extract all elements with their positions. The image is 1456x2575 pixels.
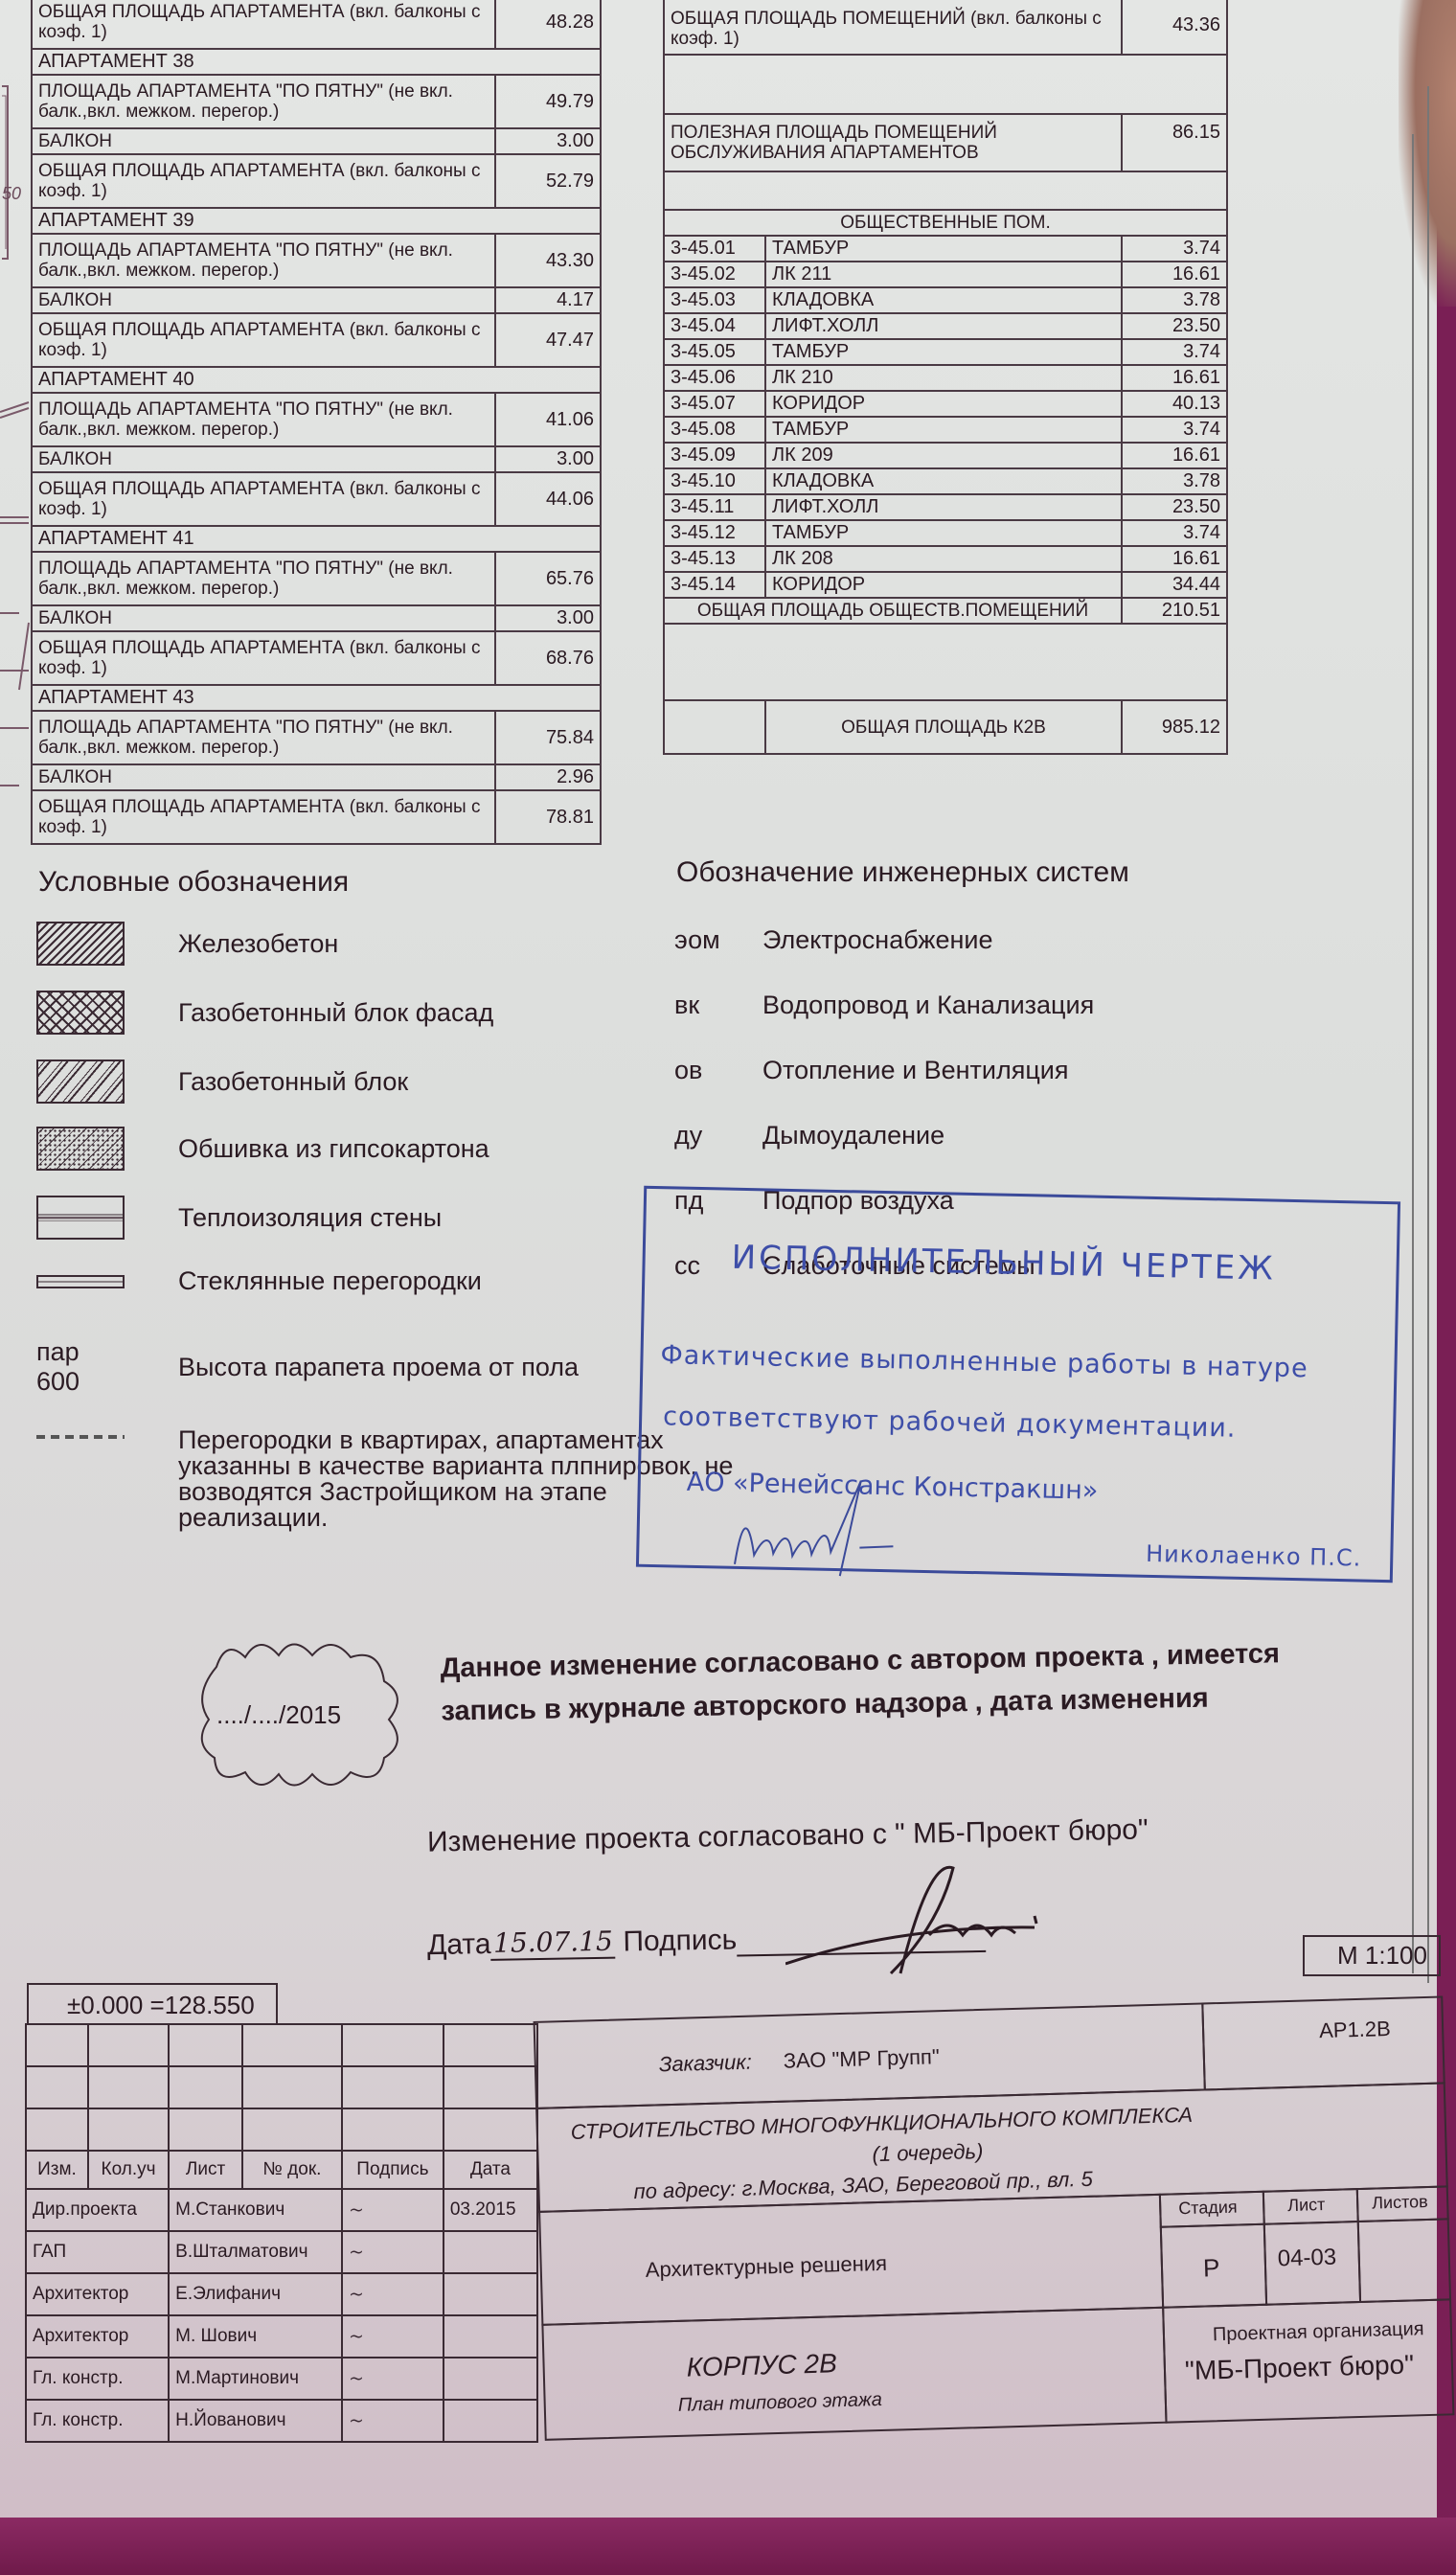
building-name: КОРПУС 2В [686, 2348, 837, 2382]
building-total-value: 985.12 [1122, 700, 1227, 754]
stamp-signer: Николаенко П.С. [1146, 1540, 1362, 1572]
apartment-header-row: АПАРТАМЕНТ 38 [32, 49, 601, 75]
signature-cell: ~ [342, 2315, 444, 2358]
legend-item-parapet: пар 600 Высота парапета проема от пола [36, 1337, 579, 1397]
table-row: ОБЩАЯ ПЛОЩАДЬ АПАРТАМЕНТА (вкл. балконы … [32, 0, 601, 49]
staff-row: Гл. констр. М.Мартинович ~ [26, 2358, 537, 2400]
sheet-value: 04-03 [1277, 2245, 1336, 2273]
sheet-label: Лист [1287, 2195, 1326, 2216]
useful-area-label: ПОЛЕЗНАЯ ПЛОЩАДЬ ПОМЕЩЕНИЙ ОБСЛУЖИВАНИЯ … [664, 114, 1122, 171]
glass-partition-icon [36, 1275, 125, 1288]
level-mark: ±0.000 =128.550 [27, 1983, 278, 2025]
scale-label: М 1:100 [1303, 1935, 1441, 1976]
table-row: ПЛОЩАДЬ АПАРТАМЕНТА "ПО ПЯТНУ" (не вкл. … [32, 711, 601, 764]
stage-value: Р [1203, 2253, 1220, 2283]
table-row: БАЛКОН4.17 [32, 287, 601, 313]
table-row: 3-45.07КОРИДОР40.13 [664, 391, 1227, 417]
revision-header-row: Изм.Кол.учЛист№ док.ПодписьДата [26, 2151, 537, 2189]
table-row-blank [664, 624, 1227, 700]
public-total-value: 210.51 [1122, 598, 1227, 624]
frame-border-outer [1412, 134, 1414, 1973]
table-row: ОБЩАЯ ПЛОЩАДЬ ПОМЕЩЕНИЙ (вкл. балконы с … [664, 0, 1227, 55]
parapet-symbol: пар 600 [36, 1337, 125, 1397]
table-row: ПОЛЕЗНАЯ ПЛОЩАДЬ ПОМЕЩЕНИЙ ОБСЛУЖИВАНИЯ … [664, 114, 1227, 171]
sheets-label: Листов [1372, 2192, 1428, 2214]
hatch-drywall-icon [36, 1127, 125, 1171]
legend-item-drywall: Обшивка из гипсокартона [36, 1127, 489, 1171]
apartment-header-row: АПАРТАМЕНТ 40 [32, 367, 601, 393]
table-row: БАЛКОН3.00 [32, 446, 601, 472]
table-row: ОБЩАЯ ПЛОЩАДЬ К2В 985.12 [664, 700, 1227, 754]
useful-area-value: 86.15 [1122, 114, 1227, 171]
table-row-blank [664, 171, 1227, 210]
hatch-crosshatch-icon [36, 991, 125, 1035]
stamp-line-2: соответствуют рабочей документации. [663, 1401, 1237, 1444]
premises-total-label: ОБЩАЯ ПЛОЩАДЬ ПОМЕЩЕНИЙ (вкл. балконы с … [664, 0, 1122, 55]
legend-item-aerated-block-facade: Газобетонный блок фасад [36, 991, 493, 1035]
staff-row: Архитектор М. Шович ~ [26, 2315, 537, 2358]
staff-row: Дир.проекта М.Станкович ~ 03.2015 [26, 2189, 537, 2231]
signature-cell: ~ [342, 2231, 444, 2273]
dimension-fragment: 50 [2, 184, 21, 204]
public-rooms-header: ОБЩЕСТВЕННЫЕ ПОМ. [664, 210, 1227, 236]
revision-note: Данное изменение согласовано с автором п… [440, 1632, 1281, 1733]
table-row: БАЛКОН3.00 [32, 605, 601, 631]
table-row: ОБЩАЯ ПЛОЩАДЬ АПАРТАМЕНТА (вкл. балконы … [32, 154, 601, 208]
hatch-aerated-block-icon [36, 1060, 125, 1104]
signature-cell: ~ [342, 2400, 444, 2442]
table-row: БАЛКОН3.00 [32, 128, 601, 154]
background-floor [0, 2518, 1456, 2575]
legend-item-reinforced-concrete: Железобетон [36, 922, 338, 966]
signature-cell: ~ [342, 2358, 444, 2400]
table-row: 3-45.12ТАМБУР3.74 [664, 520, 1227, 546]
legend-item-glass-partition: Стеклянные перегородки [36, 1266, 482, 1296]
systems-title: Обозначение инженерных систем [676, 856, 1129, 889]
insulation-strip-icon [36, 1196, 125, 1240]
table-row: ОБЩАЯ ПЛОЩАДЬ ОБЩЕСТВ.ПОМЕЩЕНИЙ 210.51 [664, 598, 1227, 624]
staff-row: ГАП В.Шталматович ~ [26, 2231, 537, 2273]
table-row: ОБЩАЯ ПЛОЩАДЬ АПАРТАМЕНТА (вкл. балконы … [32, 631, 601, 685]
system-item: вкВодопровод и Канализация [671, 991, 1094, 1020]
table-row: 3-45.05ТАМБУР3.74 [664, 339, 1227, 365]
apartment-header-row: АПАРТАМЕНТ 39 [32, 208, 601, 234]
apartment-header-row: АПАРТАМЕНТ 43 [32, 685, 601, 711]
drawing-code: АР1.2В [1319, 2017, 1391, 2043]
project-phase: (1 очередь) [872, 2139, 984, 2167]
table-row: 3-45.04ЛИФТ.ХОЛЛ23.50 [664, 313, 1227, 339]
table-row: 3-45.10КЛАДОВКА3.78 [664, 468, 1227, 494]
premises-total-value: 43.36 [1122, 0, 1227, 55]
table-row: ОБЩЕСТВЕННЫЕ ПОМ. [664, 210, 1227, 236]
signature-cell: ~ [342, 2189, 444, 2231]
legend-title: Условные обозначения [38, 866, 349, 899]
table-row: 3-45.01ТАМБУР3.74 [664, 236, 1227, 262]
staff-row: Архитектор Е.Элифанич ~ [26, 2273, 537, 2315]
stamp-signature-icon [716, 1439, 948, 1587]
table-row: 3-45.09ЛК 20916.61 [664, 443, 1227, 468]
stage-label: Стадия [1178, 2198, 1238, 2220]
apartment-header-row: АПАРТАМЕНТ 41 [32, 526, 601, 552]
system-item: овОтопление и Вентиляция [671, 1056, 1069, 1085]
as-built-stamp: ИСПОЛНИТЕЛЬНЫЙ ЧЕРТЕЖ Фактические выполн… [636, 1186, 1400, 1583]
table-row: ОБЩАЯ ПЛОЩАДЬ АПАРТАМЕНТА (вкл. балконы … [32, 472, 601, 526]
staff-row: Гл. констр. Н.Йованович ~ [26, 2400, 537, 2442]
table-row: ПЛОЩАДЬ АПАРТАМЕНТА "ПО ПЯТНУ" (не вкл. … [32, 393, 601, 446]
table-row: 3-45.11ЛИФТ.ХОЛЛ23.50 [664, 494, 1227, 520]
premises-area-table: ОБЩАЯ ПЛОЩАДЬ ПОМЕЩЕНИЙ (вкл. балконы с … [663, 0, 1228, 755]
legend-item-aerated-block: Газобетонный блок [36, 1060, 408, 1104]
customer-label: Заказчик: [659, 2050, 753, 2078]
table-row: ОБЩАЯ ПЛОЩАДЬ АПАРТАМЕНТА (вкл. балконы … [32, 790, 601, 844]
table-row: 3-45.13ЛК 20816.61 [664, 546, 1227, 572]
table-row: 3-45.06ЛК 21016.61 [664, 365, 1227, 391]
dashed-line-icon [36, 1435, 125, 1439]
table-row: ПЛОЩАДЬ АПАРТАМЕНТА "ПО ПЯТНУ" (не вкл. … [32, 552, 601, 605]
org-name: "МБ-Проект бюро" [1185, 2349, 1415, 2386]
revision-and-staff-table: Изм.Кол.учЛист№ док.ПодписьДата Дир.прое… [25, 2023, 538, 2443]
customer-name: ЗАО "МР Групп" [783, 2044, 940, 2074]
system-item: эомЭлектроснабжение [671, 925, 992, 955]
public-total-label: ОБЩАЯ ПЛОЩАДЬ ОБЩЕСТВ.ПОМЕЩЕНИЙ [664, 598, 1122, 624]
hatch-reinforced-concrete-icon [36, 922, 125, 966]
building-total-label: ОБЩАЯ ПЛОЩАДЬ К2В [765, 700, 1122, 754]
table-row: БАЛКОН2.96 [32, 764, 601, 790]
revision-cloud-date: ..../..../2015 [216, 1700, 341, 1730]
signature-cell: ~ [342, 2273, 444, 2315]
table-row: ОБЩАЯ ПЛОЩАДЬ АПАРТАМЕНТА (вкл. балконы … [32, 313, 601, 367]
stamp-title: ИСПОЛНИТЕЛЬНЫЙ ЧЕРТЕЖ [731, 1239, 1276, 1288]
table-row: 3-45.02ЛК 21116.61 [664, 262, 1227, 287]
table-row: ПЛОЩАДЬ АПАРТАМЕНТА "ПО ПЯТНУ" (не вкл. … [32, 234, 601, 287]
table-row: 3-45.14КОРИДОР34.44 [664, 572, 1227, 598]
table-row: 3-45.03КЛАДОВКА3.78 [664, 287, 1227, 313]
handwritten-date: 15.07.15 [490, 1926, 616, 1961]
stamp-line-1: Фактические выполненные работы в натуре [660, 1340, 1308, 1383]
legend-item-insulation: Теплоизоляция стены [36, 1196, 442, 1240]
system-item: дуДымоудаление [671, 1121, 944, 1151]
frame-border-inner [1427, 86, 1429, 1983]
apartments-area-table: ОБЩАЯ ПЛОЩАДЬ АПАРТАМЕНТА (вкл. балконы … [31, 0, 602, 845]
approval-signature-icon [785, 1849, 1092, 1983]
table-row-blank [664, 55, 1227, 114]
title-block-main: Заказчик: ЗАО "МР Групп" АР1.2В СТРОИТЕЛ… [533, 1976, 1456, 2480]
table-row: 3-45.08ТАМБУР3.74 [664, 417, 1227, 443]
table-row: ПЛОЩАДЬ АПАРТАМЕНТА "ПО ПЯТНУ" (не вкл. … [32, 75, 601, 128]
